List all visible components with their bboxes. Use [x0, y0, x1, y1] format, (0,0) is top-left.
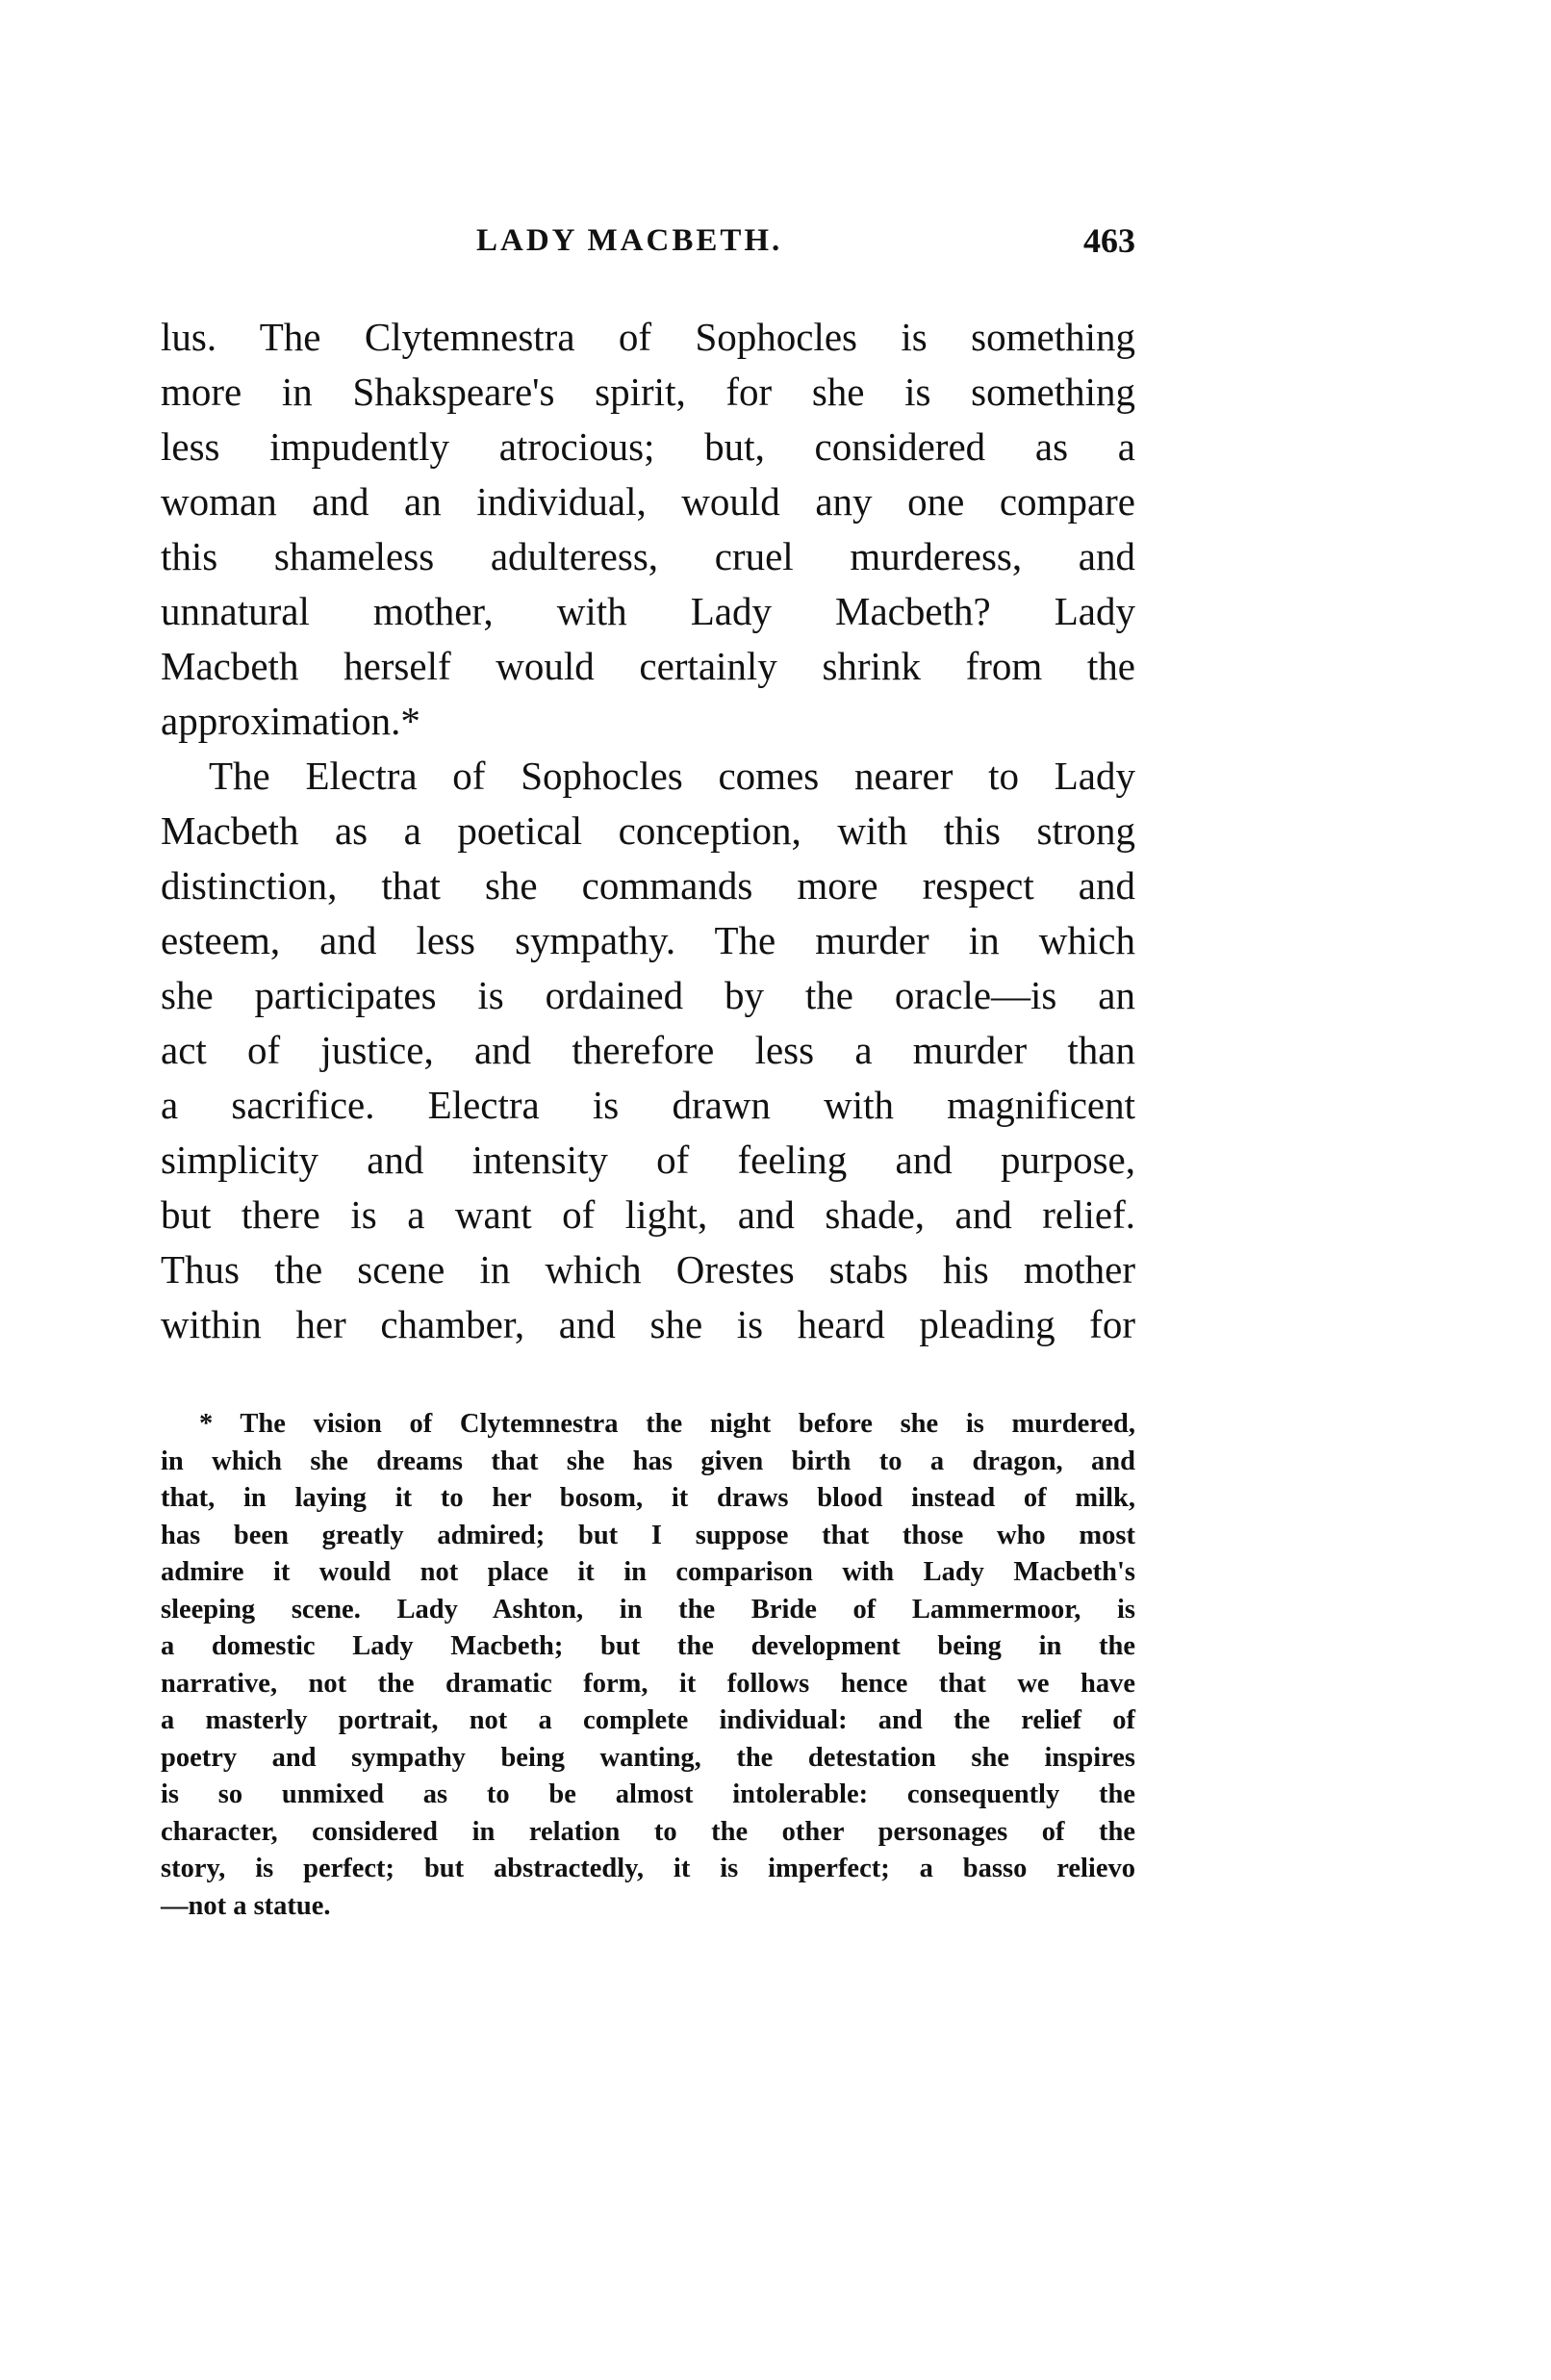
footnote-line: admire it would not place it in comparis…	[161, 1554, 1135, 1592]
page-header: LADY MACBETH. 463	[161, 219, 1135, 262]
footnote-line: a domestic Lady Macbeth; but the develop…	[161, 1628, 1135, 1666]
body-text: lus. The Clytemnestra of Sophocles is so…	[161, 310, 1135, 1352]
footnote: * The vision of Clytemnestra the night b…	[161, 1406, 1135, 1925]
text-line: a sacrifice. Electra is drawn with magni…	[161, 1078, 1135, 1133]
text-line: The Electra of Sophocles comes nearer to…	[161, 749, 1135, 804]
footnote-line: character, considered in relation to the…	[161, 1814, 1135, 1852]
text-line: distinction, that she commands more resp…	[161, 858, 1135, 913]
text-line: Macbeth herself would certainly shrink f…	[161, 639, 1135, 694]
footnote-line: sleeping scene. Lady Ashton, in the Brid…	[161, 1592, 1135, 1629]
text-line: woman and an individual, would any one c…	[161, 474, 1135, 529]
footnote-line: is so unmixed as to be almost intolerabl…	[161, 1777, 1135, 1814]
text-line: Thus the scene in which Orestes stabs hi…	[161, 1242, 1135, 1297]
text-line: simplicity and intensity of feeling and …	[161, 1133, 1135, 1188]
page-number: 463	[1083, 219, 1135, 262]
footnote-line: * The vision of Clytemnestra the night b…	[161, 1406, 1135, 1444]
text-line: she participates is ordained by the orac…	[161, 968, 1135, 1023]
text-line: within her chamber, and she is heard ple…	[161, 1297, 1135, 1352]
text-line: Macbeth as a poetical conception, with t…	[161, 804, 1135, 858]
text-line: approximation.*	[161, 694, 1135, 749]
text-line: this shameless adulteress, cruel murdere…	[161, 529, 1135, 584]
text-line: act of justice, and therefore less a mur…	[161, 1023, 1135, 1078]
text-line: more in Shakspeare's spirit, for she is …	[161, 365, 1135, 420]
text-line: lus. The Clytemnestra of Sophocles is so…	[161, 310, 1135, 365]
footnote-line: —not a statue.	[161, 1888, 1135, 1926]
footnote-line: that, in laying it to her bosom, it draw…	[161, 1480, 1135, 1518]
running-title: LADY MACBETH.	[476, 219, 782, 262]
text-line: esteem, and less sympathy. The murder in…	[161, 913, 1135, 968]
footnote-line: a masterly portrait, not a complete indi…	[161, 1702, 1135, 1740]
footnote-line: poetry and sympathy being wanting, the d…	[161, 1740, 1135, 1778]
footnote-line: in which she dreams that she has given b…	[161, 1444, 1135, 1481]
footnote-line: story, is perfect; but abstractedly, it …	[161, 1851, 1135, 1888]
footnote-line: has been greatly admired; but I suppose …	[161, 1518, 1135, 1555]
text-line: but there is a want of light, and shade,…	[161, 1188, 1135, 1242]
footnote-line: narrative, not the dramatic form, it fol…	[161, 1666, 1135, 1703]
text-line: unnatural mother, with Lady Macbeth? Lad…	[161, 584, 1135, 639]
text-line: less impudently atrocious; but, consider…	[161, 420, 1135, 474]
